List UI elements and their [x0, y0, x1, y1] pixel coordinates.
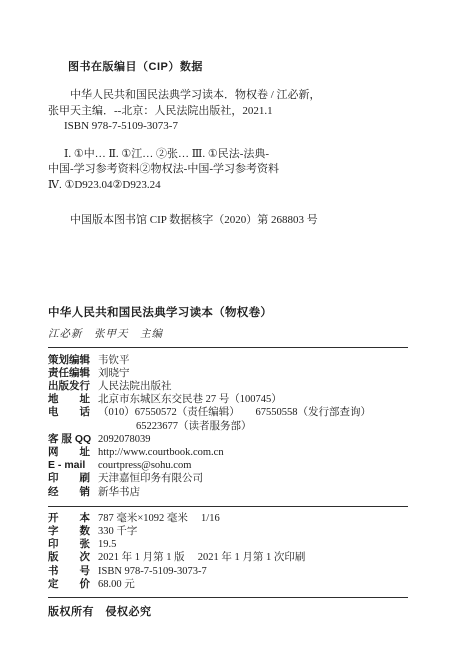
pub-info-row: E - mail courtpress@sohu.com — [48, 459, 408, 472]
print-spec-row: 字 数 330 千字 — [48, 525, 408, 538]
pub-info-row: 印 刷 天津嘉恒印务有限公司 — [48, 472, 408, 485]
pub-info-value: 韦钦平 — [98, 354, 130, 367]
pub-info-row: 地 址 北京市东城区东交民巷 27 号（100745） — [48, 393, 408, 406]
pub-info-value: 2092078039 — [98, 433, 151, 446]
pub-info-value: 新华书店 — [98, 486, 140, 499]
pub-info-value: 人民法院出版社 — [98, 380, 172, 393]
pub-info-label: 出版发行 — [48, 380, 98, 393]
pub-info-label: 印 刷 — [48, 472, 98, 485]
cip-classification-line: Ⅳ. ①D923.04②D923.24 — [48, 178, 408, 194]
pub-info-value email-address: courtpress@sohu.com — [98, 459, 191, 472]
cip-classification-block: Ⅰ. ①中… Ⅱ. ①江… ②张… Ⅲ. ①民法-法典- 中国-学习参考资料②物… — [48, 147, 408, 194]
print-spec-label: 字 数 — [48, 525, 98, 538]
book-title: 中华人民共和国民法典学习读本（物权卷） — [48, 305, 408, 321]
print-spec-row: 书 号 ISBN 978-7-5109-3073-7 — [48, 565, 408, 578]
pub-info-label: 策划编辑 — [48, 354, 98, 367]
print-spec-row: 印 张 19.5 — [48, 538, 408, 551]
pub-info-label: E - mail — [48, 459, 98, 472]
pub-info-row: 责任编辑 刘晓宁 — [48, 367, 408, 380]
print-spec-value: ISBN 978-7-5109-3073-7 — [98, 565, 207, 578]
cip-header: 图书在版编目（CIP）数据 — [48, 0, 408, 75]
pub-info-row: 经 销 新华书店 — [48, 486, 408, 499]
book-authors: 江必新 张甲天 主编 — [48, 327, 408, 342]
print-spec-value: 19.5 — [98, 538, 116, 551]
pub-info-row: 网 址 http://www.courtbook.com.cn — [48, 446, 408, 459]
divider — [48, 597, 408, 598]
pub-info-label: 电 话 — [48, 406, 98, 419]
print-spec-label: 版 次 — [48, 551, 98, 564]
pub-info-label: 责任编辑 — [48, 367, 98, 380]
cip-classification-line: 中国-学习参考资料②物权法-中国-学习参考资料 — [48, 162, 408, 178]
print-spec-label: 定 价 — [48, 578, 98, 591]
cip-classification-line: Ⅰ. ①中… Ⅱ. ①江… ②张… Ⅲ. ①民法-法典- — [48, 147, 408, 163]
print-spec-row: 开 本 787 毫米×1092 毫米 1/16 — [48, 512, 408, 525]
pub-info-row: 策划编辑 韦钦平 — [48, 354, 408, 367]
divider — [48, 347, 408, 348]
pub-info-value website-url: http://www.courtbook.com.cn — [98, 446, 224, 459]
pub-info-value: 刘晓宁 — [98, 367, 130, 380]
publication-info-table: 策划编辑 韦钦平 责任编辑 刘晓宁 出版发行 人民法院出版社 地 址 北京市东城… — [48, 354, 408, 499]
cip-record-line: 中华人民共和国民法典学习读本．物权卷 / 江必新， — [48, 88, 408, 104]
pub-info-row: 出版发行 人民法院出版社 — [48, 380, 408, 393]
pub-info-value: 北京市东城区东交民巷 27 号（100745） — [98, 393, 282, 406]
divider — [48, 506, 408, 507]
pub-info-value: （010）67550572（责任编辑） 67550558（发行部查询） — [98, 406, 371, 419]
print-spec-label: 开 本 — [48, 512, 98, 525]
print-specs-table: 开 本 787 毫米×1092 毫米 1/16 字 数 330 千字 印 张 1… — [48, 512, 408, 591]
pub-info-value: 天津嘉恒印务有限公司 — [98, 472, 203, 485]
print-spec-value: 330 千字 — [98, 525, 137, 538]
pub-info-label: 地 址 — [48, 393, 98, 406]
print-spec-value: 787 毫米×1092 毫米 1/16 — [98, 512, 220, 525]
pub-info-label: 经 销 — [48, 486, 98, 499]
pub-info-label: 网 址 — [48, 446, 98, 459]
print-spec-label: 书 号 — [48, 565, 98, 578]
pub-info-label: 客 服 QQ — [48, 433, 98, 446]
print-spec-value: 2021 年 1 月第 1 版 2021 年 1 月第 1 次印刷 — [98, 551, 305, 564]
cip-record-line: 张甲天主编．--北京：人民法院出版社，2021.1 — [48, 104, 408, 120]
print-spec-row: 版 次 2021 年 1 月第 1 版 2021 年 1 月第 1 次印刷 — [48, 551, 408, 564]
copyright-page: 图书在版编目（CIP）数据 中华人民共和国民法典学习读本．物权卷 / 江必新， … — [0, 0, 454, 652]
copyright-notice: 版权所有 侵权必究 — [48, 605, 408, 620]
cip-isbn-line: ISBN 978-7-5109-3073-7 — [48, 119, 408, 135]
pub-info-row: 电 话 （010）67550572（责任编辑） 67550558（发行部查询） — [48, 406, 408, 419]
cip-registry-line: 中国版本图书馆 CIP 数据核字（2020）第 268803 号 — [48, 213, 408, 229]
print-spec-row: 定 价 68.00 元 — [48, 578, 408, 591]
cip-record-block: 中华人民共和国民法典学习读本．物权卷 / 江必新， 张甲天主编．--北京：人民法… — [48, 88, 408, 135]
pub-info-row: 客 服 QQ 2092078039 — [48, 433, 408, 446]
print-spec-value: 68.00 元 — [98, 578, 135, 591]
pub-info-value: 65223677（读者服务部） — [98, 420, 252, 433]
pub-info-row: 65223677（读者服务部） — [48, 420, 408, 433]
print-spec-label: 印 张 — [48, 538, 98, 551]
